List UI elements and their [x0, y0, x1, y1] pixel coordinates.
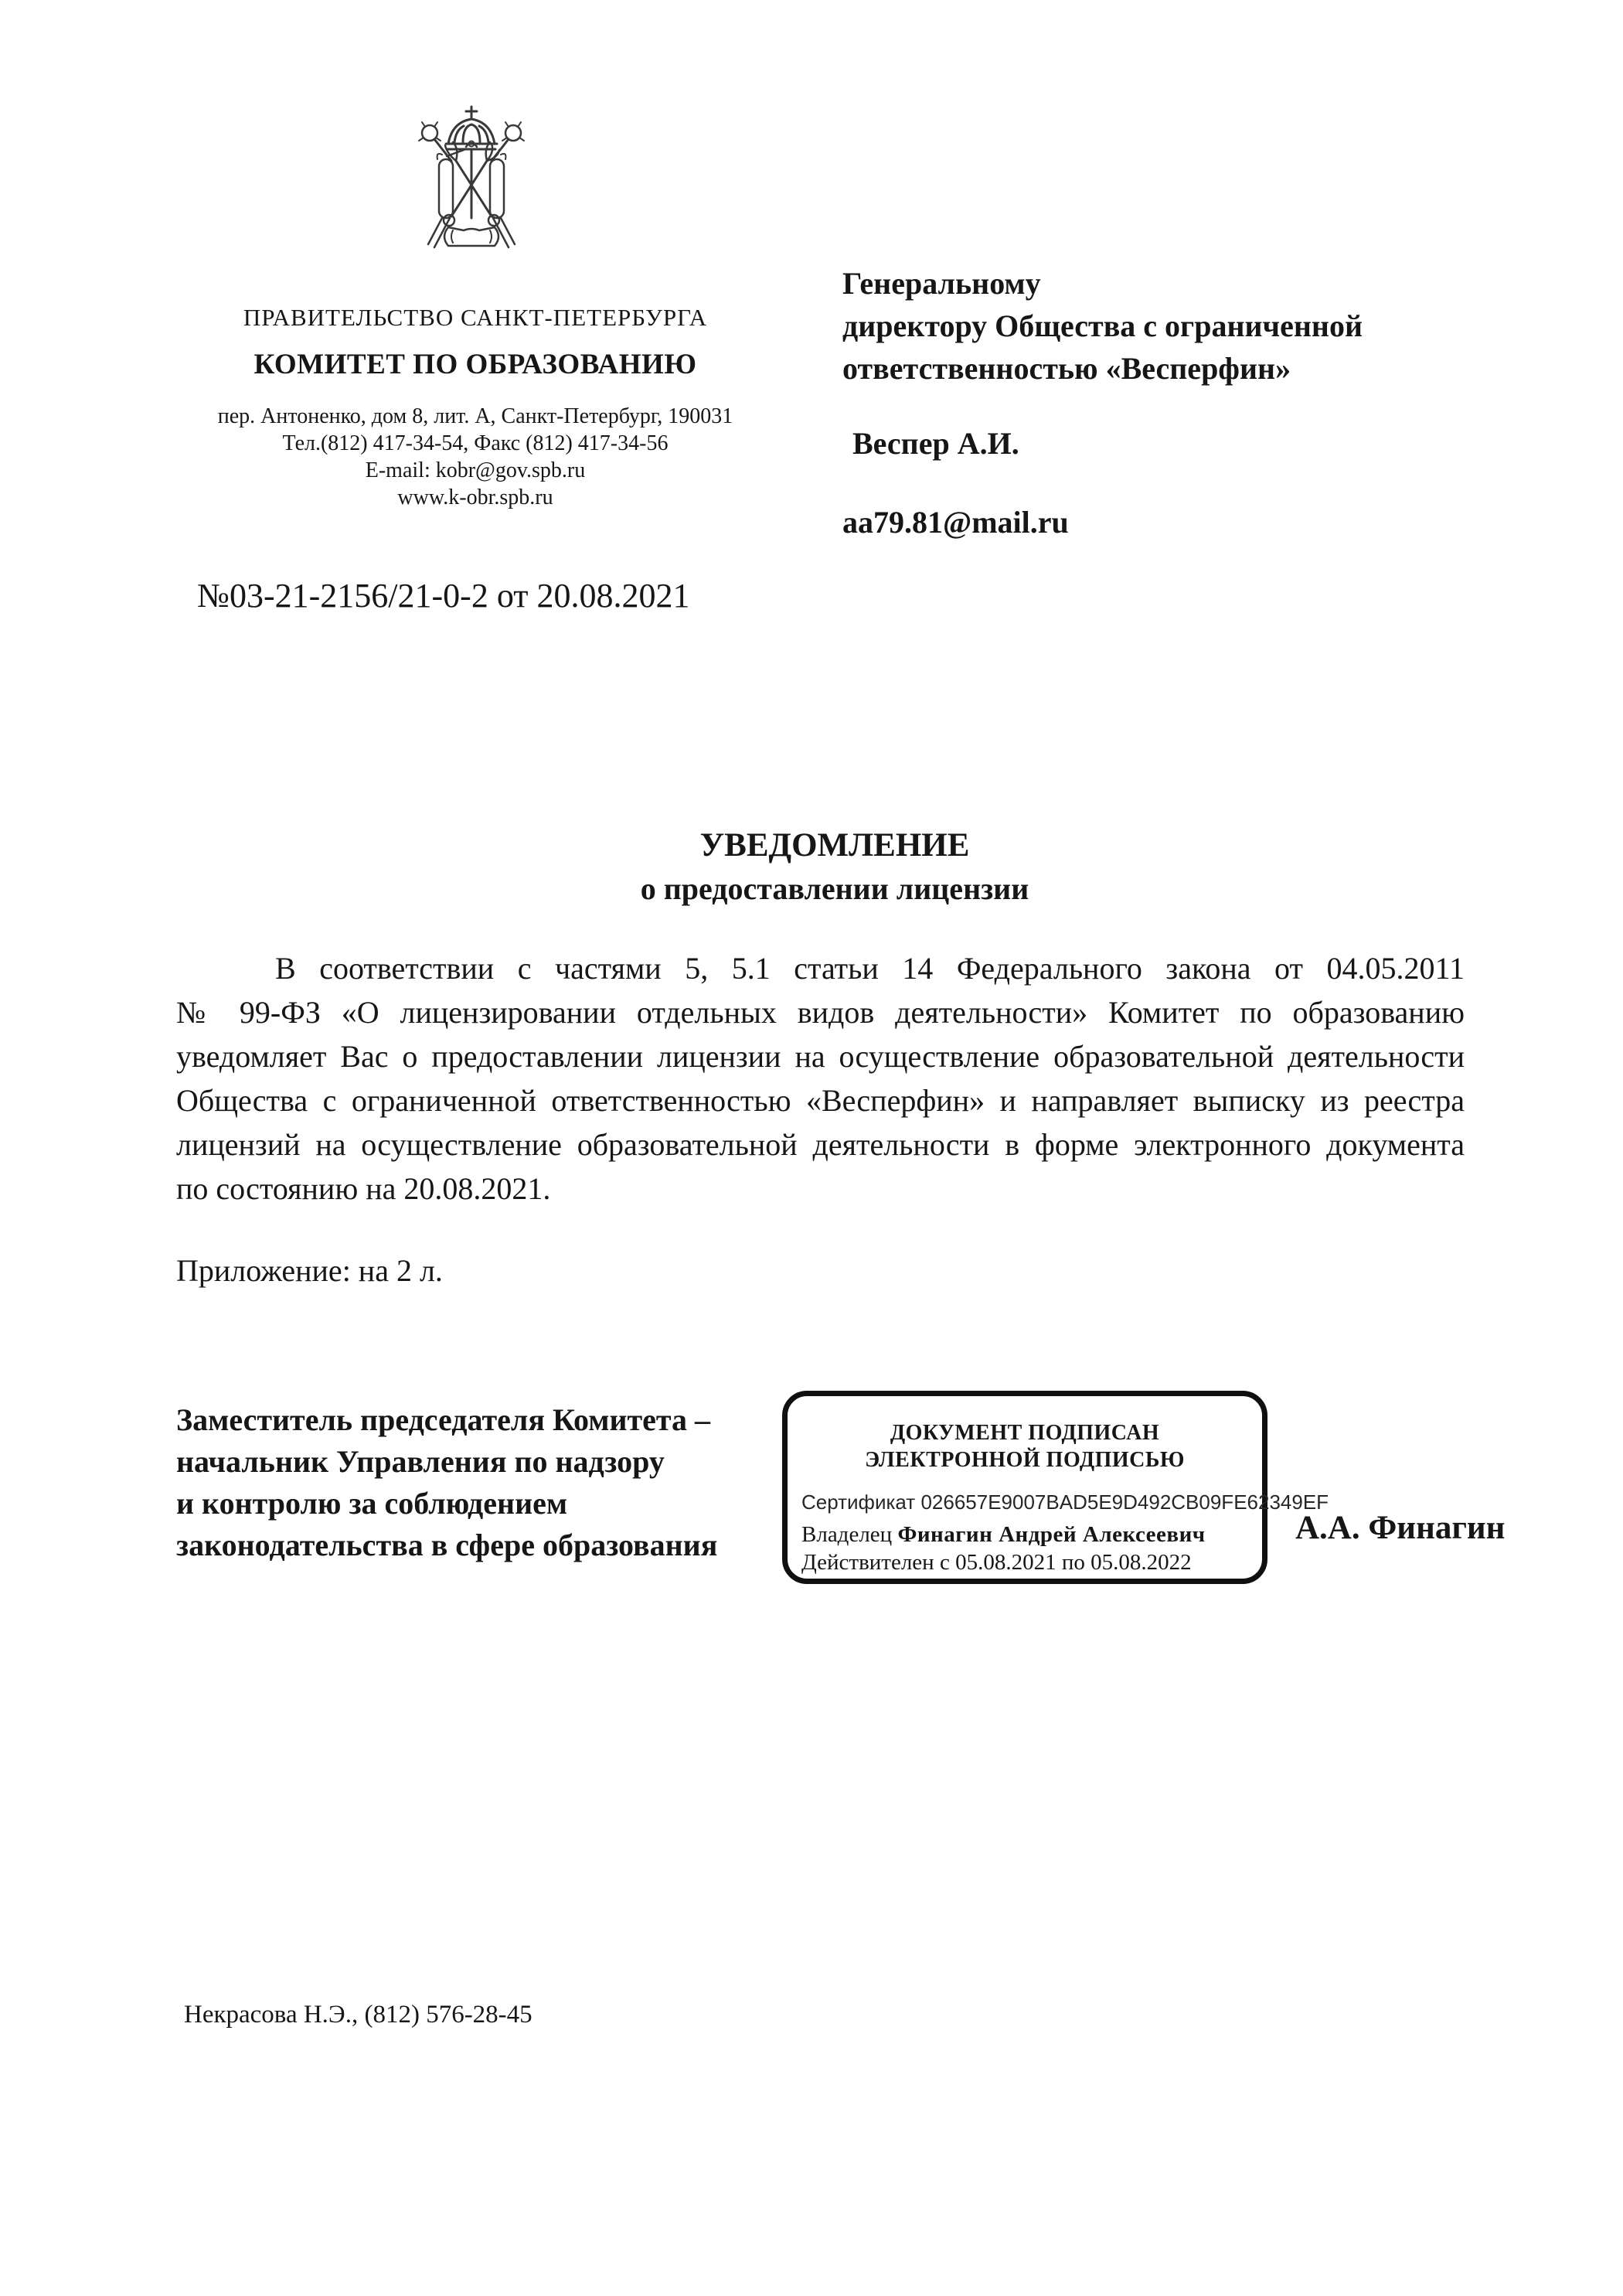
body-line: уведомляет Вас о предоставлении лицензии…: [176, 1034, 1465, 1078]
letterhead-phone-fax: Тел.(812) 417-34-54, Факс (812) 417-34-5…: [162, 430, 788, 457]
letterhead-email: E-mail: kobr@gov.spb.ru: [162, 457, 788, 484]
certificate-line: Сертификат 026657E9007BAD5E9D492CB09FE62…: [801, 1490, 1248, 1514]
recipient-line-1: Генеральному: [842, 262, 1484, 305]
recipient-line-3: ответственностью «Весперфин»: [842, 347, 1484, 390]
certificate-value: 026657E9007BAD5E9D492CB09FE62349EF: [920, 1490, 1329, 1514]
coat-of-arms-icon: [402, 102, 541, 255]
signer-position: Заместитель председателя Комитета – нача…: [176, 1399, 717, 1566]
committee-name: КОМИТЕТ ПО ОБРАЗОВАНИЮ: [162, 348, 788, 381]
body-paragraph: В соответствии с частями 5, 5.1 статьи 1…: [176, 946, 1465, 1211]
body-line: В соответствии с частями 5, 5.1 статьи 1…: [176, 946, 1465, 990]
body-line: по состоянию на 20.08.2021.: [176, 1167, 1465, 1211]
document-subtitle: о предоставлении лицензии: [162, 870, 1507, 907]
owner-line: Владелец Финагин Андрей Алексеевич: [801, 1522, 1248, 1548]
attachment-note: Приложение: на 2 л.: [176, 1252, 443, 1289]
government-name: ПРАВИТЕЛЬСТВО САНКТ-ПЕТЕРБУРГА: [162, 304, 788, 332]
letterhead-address: пер. Антоненко, дом 8, лит. А, Санкт-Пет…: [162, 403, 788, 430]
stamp-title: ДОКУМЕНТ ПОДПИСАН ЭЛЕКТРОННОЙ ПОДПИСЬЮ: [801, 1419, 1248, 1473]
body-line: лицензий на осуществление образовательно…: [176, 1122, 1465, 1167]
signer-name: А.А. Финагин: [1295, 1509, 1505, 1547]
reference-number: №03-21-2156/21-0-2 от 20.08.2021: [197, 576, 689, 615]
recipient-line-2: директору Общества с ограниченной: [842, 305, 1484, 347]
stamp-title-line-2: ЭЛЕКТРОННОЙ ПОДПИСЬЮ: [801, 1446, 1248, 1473]
certificate-label: Сертификат: [801, 1490, 915, 1514]
recipient-block: Генеральному директору Общества с ограни…: [842, 262, 1484, 390]
document-page: ПРАВИТЕЛЬСТВО САНКТ-ПЕТЕРБУРГА КОМИТЕТ П…: [0, 0, 1623, 2296]
body-line: № 99-ФЗ «О лицензировании отдельных видо…: [176, 990, 1465, 1034]
owner-name: Финагин Андрей Алексеевич: [897, 1522, 1205, 1547]
recipient-email: aa79.81@mail.ru: [842, 504, 1069, 540]
executor-contact: Некрасова Н.Э., (812) 576-28-45: [184, 2001, 532, 2029]
letterhead-contacts: пер. Антоненко, дом 8, лит. А, Санкт-Пет…: [162, 403, 788, 511]
electronic-signature-stamp: ДОКУМЕНТ ПОДПИСАН ЭЛЕКТРОННОЙ ПОДПИСЬЮ С…: [782, 1391, 1267, 1584]
letterhead-website: www.k-obr.spb.ru: [162, 484, 788, 511]
document-title: УВЕДОМЛЕНИЕ: [162, 826, 1507, 864]
signer-position-line: начальник Управления по надзору: [176, 1441, 717, 1483]
stamp-title-line-1: ДОКУМЕНТ ПОДПИСАН: [801, 1419, 1248, 1446]
recipient-name: Веспер А.И.: [852, 425, 1019, 462]
validity-line: Действителен с 05.08.2021 по 05.08.2022: [801, 1550, 1248, 1576]
body-line: Общества с ограниченной ответственностью…: [176, 1078, 1465, 1122]
signer-position-line: и контролю за соблюдением: [176, 1483, 717, 1524]
signer-position-line: законодательства в сфере образования: [176, 1524, 717, 1566]
signer-position-line: Заместитель председателя Комитета –: [176, 1399, 717, 1441]
owner-label: Владелец: [801, 1522, 892, 1547]
